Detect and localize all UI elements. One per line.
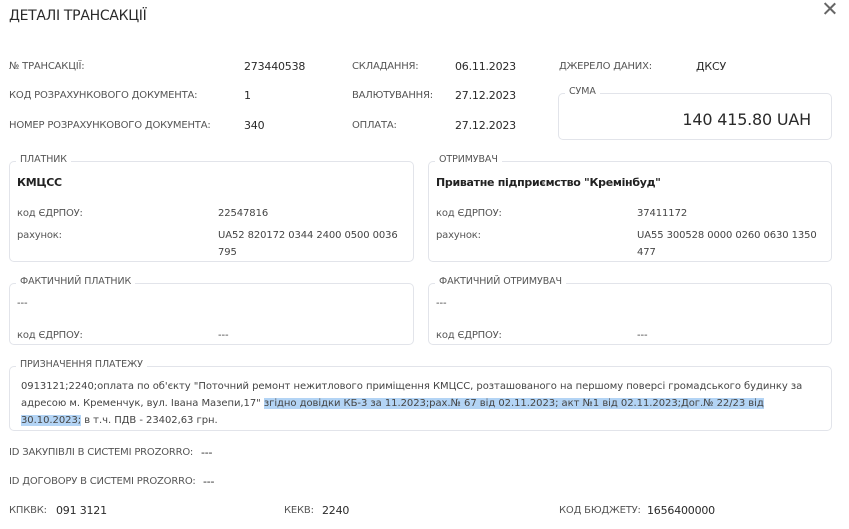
kekv-label: КЕКВ:: [284, 505, 314, 516]
actual-payer-edrpou-value: ---: [218, 327, 229, 344]
actual-payee-legend: ФАКТИЧНИЙ ОТРИМУВАЧ: [435, 276, 566, 287]
contract-id-label: ID ДОГОВОРУ В СИСТЕМІ PROZORRO:: [9, 476, 196, 487]
actual-payer-box: ФАКТИЧНИЙ ПЛАТНИК --- код ЄДРПОУ: ---: [9, 283, 414, 345]
actual-payer-legend: ФАКТИЧНИЙ ПЛАТНИК: [16, 276, 135, 287]
value-date-value: 27.12.2023: [455, 89, 516, 102]
doc-number-label: НОМЕР РОЗРАХУНКОВОГО ДОКУМЕНТА:: [9, 120, 211, 131]
transaction-no-label: № ТРАНСАКЦІЇ:: [9, 61, 84, 72]
payer-edrpou-label: код ЄДРПОУ:: [17, 208, 83, 219]
payer-legend: ПЛАТНИК: [16, 154, 71, 165]
payee-name: Приватне підприємство "Кремінбуд": [436, 176, 661, 189]
payer-edrpou-value: 22547816: [218, 205, 268, 222]
doc-number-value: 340: [244, 119, 264, 132]
kpkvk-value: 091 3121: [56, 504, 107, 517]
payer-account-label: рахунок:: [17, 230, 62, 241]
payer-box: ПЛАТНИК КМЦСС код ЄДРПОУ: 22547816 рахун…: [9, 161, 414, 262]
payee-edrpou-value: 37411172: [637, 205, 687, 222]
kekv-value: 2240: [322, 504, 349, 517]
source-value: ДКСУ: [696, 60, 726, 73]
created-value: 06.11.2023: [455, 60, 516, 73]
actual-payee-box: ФАКТИЧНИЙ ОТРИМУВАЧ --- код ЄДРПОУ: ---: [428, 283, 832, 345]
payment-date-value: 27.12.2023: [455, 119, 516, 132]
amount-box: СУМА 140 415.80 UAH: [558, 93, 832, 140]
doc-code-value: 1: [244, 89, 251, 102]
actual-payee-edrpou-value: ---: [637, 327, 648, 344]
source-label: ДЖЕРЕЛО ДАНИХ:: [559, 61, 652, 72]
tender-id-value: ---: [201, 446, 212, 459]
created-label: СКЛАДАННЯ:: [352, 61, 418, 72]
payee-account-label: рахунок:: [436, 230, 481, 241]
tender-id-label: ID ЗАКУПІВЛІ В СИСТЕМІ PROZORRO:: [9, 447, 193, 458]
kpkvk-label: КПКВК:: [9, 505, 47, 516]
amount-legend: СУМА: [565, 86, 600, 97]
purpose-text-after: в т.ч. ПДВ - 23402,63 грн.: [81, 415, 218, 426]
budget-code-value: 1656400000: [647, 504, 715, 517]
transaction-no-value: 273440538: [244, 60, 305, 73]
purpose-legend: ПРИЗНАЧЕННЯ ПЛАТЕЖУ: [16, 359, 147, 370]
actual-payee-edrpou-label: код ЄДРПОУ:: [436, 330, 502, 341]
payer-account-line2: 795: [218, 244, 237, 261]
contract-id-value: ---: [203, 475, 214, 488]
dialog-title: ДЕТАЛІ ТРАНСАКЦІЇ: [9, 8, 146, 24]
actual-payee-name: ---: [436, 295, 447, 312]
payer-name: КМЦСС: [17, 176, 62, 189]
doc-code-label: КОД РОЗРАХУНКОВОГО ДОКУМЕНТА:: [9, 90, 197, 101]
close-icon[interactable]: [821, 0, 839, 18]
purpose-box: ПРИЗНАЧЕННЯ ПЛАТЕЖУ 0913121;2240;оплата …: [9, 366, 832, 431]
actual-payer-edrpou-label: код ЄДРПОУ:: [17, 330, 83, 341]
payee-legend: ОТРИМУВАЧ: [435, 154, 502, 165]
payee-account-line1: UA55 300528 0000 0260 0630 1350: [637, 227, 817, 244]
amount-value: 140 415.80 UAH: [682, 110, 811, 129]
purpose-text[interactable]: 0913121;2240;оплата по об'єкту "Поточний…: [21, 378, 823, 429]
payee-edrpou-label: код ЄДРПОУ:: [436, 208, 502, 219]
value-date-label: ВАЛЮТУВАННЯ:: [352, 90, 433, 101]
payee-account-line2: 477: [637, 244, 656, 261]
payee-box: ОТРИМУВАЧ Приватне підприємство "Кремінб…: [428, 161, 832, 262]
payer-account-line1: UA52 820172 0344 2400 0500 0036: [218, 227, 398, 244]
budget-code-label: КОД БЮДЖЕТУ:: [559, 505, 641, 516]
payment-date-label: ОПЛАТА:: [352, 120, 397, 131]
actual-payer-name: ---: [17, 295, 28, 312]
